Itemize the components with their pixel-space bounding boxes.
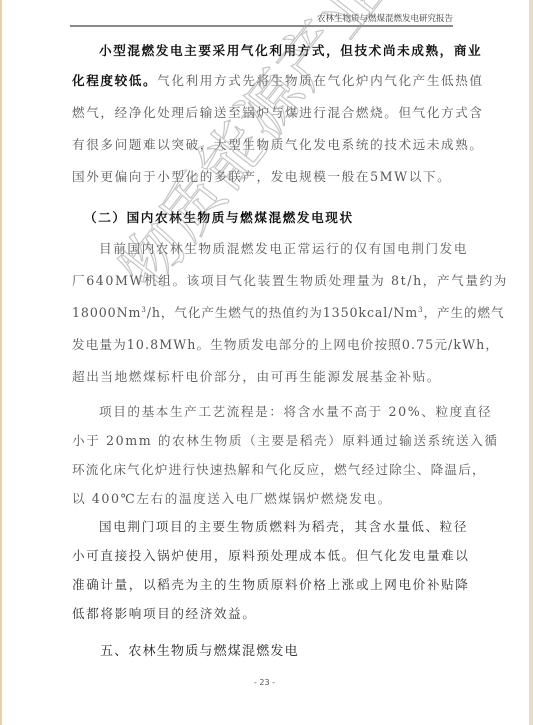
running-header: 农林生物质与燃煤混燃发电研究报告 [70,12,453,24]
para2-line3b: /h，气化产生燃气的热值约为1350kcal/Nm [147,305,418,320]
subsection-title: （二）国内农林生物质与燃煤混燃发电现状 [72,207,437,226]
para2-line2: 厂640MW机组。该项目气化装置生物质处理量为 8t/h，产气量约为 [72,270,452,289]
para1-line2: 化程度较低。气化利用方式先将生物质在气化炉内气化产生低热值 [72,70,452,89]
para1-line2-bold: 化程度较低。 [72,73,157,88]
para1-line4: 有很多问题难以突破，大型生物质气化发电系统的技术远未成熟。 [72,134,452,153]
para3-line3: 环流化床气化炉进行快速热解和气化反应，燃气经过除尘、降温后， [72,459,452,478]
para4-line3: 准确计量，以稻壳为主的生物质原料价格上涨或上网电价补贴降 [72,574,452,593]
page-number: - 23 - [0,678,529,687]
para2-line4: 发电量为10.8MWh。生物质发电部分的上网电价按照0.75元/kWh， [72,334,452,353]
header-rule [70,25,453,27]
document-page: 农林生物质与燃煤混燃发电研究报告 小型混燃发电主要采用气化利用方式，但技术尚未成… [0,0,529,725]
para2-line3: 18000Nm3/h，气化产生燃气的热值约为1350kcal/Nm3，产生的燃气 [72,302,452,321]
para3-line2: 小于 20mm 的农林生物质（主要是稻壳）原料通过输送系统送入循 [72,430,452,449]
para2-line3a: 18000Nm [72,305,141,320]
para3-line4: 以 400℃左右的温度送入电厂燃煤锅炉燃烧发电。 [72,488,452,507]
para4-line4: 低都将影响项目的经济效益。 [72,603,452,622]
para1-line5: 国外更偏向于小型化的多联产，发电规模一般在5MW以下。 [72,166,452,185]
para2-line3c: ，产生的燃气 [424,305,505,320]
para1-line3: 燃气，经净化处理后输送至锅炉与煤进行混合燃烧。但气化方式含 [72,102,452,121]
para3-line1: 项目的基本生产工艺流程是：将含水量不高于 20%、粒度直径 [72,401,452,420]
para2-line5: 超出当地燃煤标杆电价部分，由可再生能源发展基金补贴。 [72,366,452,385]
para1-line1: 小型混燃发电主要采用气化利用方式，但技术尚未成熟，商业 [72,40,452,59]
para4-line2: 小可直接投入锅炉使用，原料预处理成本低。但气化发电量难以 [72,545,452,564]
para2-line1: 目前国内农林生物质混燃发电正常运行的仅有国电荆门发电 [72,238,452,257]
para1-line2-rest: 气化利用方式先将生物质在气化炉内气化产生低热值 [157,73,483,88]
section-heading: 五、农林生物质与燃煤混燃发电 [100,640,480,659]
para4-line1: 国电荆门项目的主要生物质燃料为稻壳，其含水量低、粒径 [72,516,452,535]
page-edge-right [529,0,533,725]
